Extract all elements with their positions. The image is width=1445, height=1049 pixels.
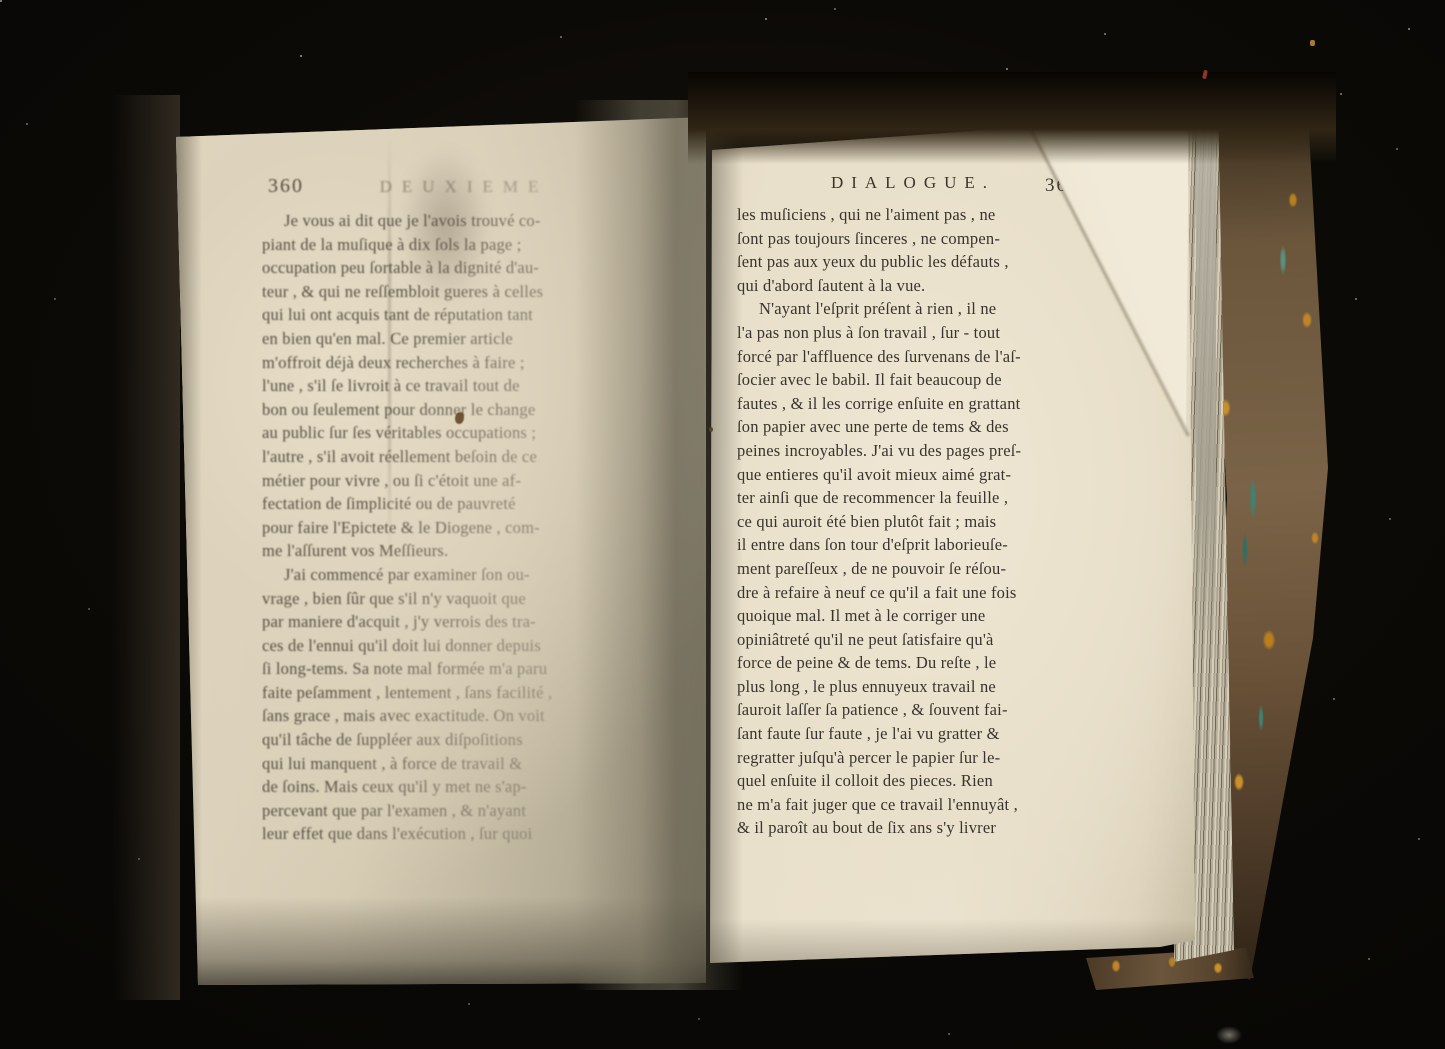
text-line: teur , & qui ne reſſembloit gueres à cel… — [262, 280, 666, 304]
text-line: ce qui auroit été bien plutôt fait ; mai… — [737, 510, 1085, 534]
text-line: N'ayant l'eſprit préſent à rien , il ne — [737, 297, 1085, 321]
text-column: Je vous ai dit que je l'avois trouvé co-… — [262, 209, 666, 846]
text-line: regratter juſqu'à percer le papier ſur l… — [737, 746, 1085, 770]
grey-smudge — [1216, 1026, 1242, 1044]
text-line: dre à refaire à neuf ce qu'il a fait une… — [737, 581, 1085, 605]
text-line: pour faire l'Epictete & le Diogene , com… — [262, 516, 666, 540]
marbled-cover-bottom-edge — [1086, 948, 1254, 990]
text-line: ſont pas toujours ſinceres , ne compen- — [737, 227, 1085, 251]
text-line: faite peſamment , lentement , ſans facil… — [262, 681, 666, 705]
amber-speck — [1310, 40, 1315, 46]
text-line: en bien qu'en mal. Ce premier article — [262, 327, 666, 351]
text-line: ſauroit laſſer ſa patience , & ſouvent f… — [737, 698, 1085, 722]
text-line: bon ou ſeulement pour donner le change — [262, 398, 666, 422]
text-line: me l'aſſurent vos Meſſieurs. — [262, 539, 666, 563]
running-title: DIALOGUE. — [813, 173, 1013, 193]
text-line: ſocier avec le babil. Il fait beaucoup d… — [737, 368, 1085, 392]
text-line: qu'il tâche de ſuppléer aux diſpoſitions — [262, 728, 666, 752]
text-line: les muſiciens , qui ne l'aiment pas , ne — [737, 203, 1085, 227]
red-paint-speck — [1202, 70, 1208, 80]
text-line: & il paroît au bout de ſix ans s'y livre… — [737, 816, 1085, 840]
text-line: forcé par l'affluence des ſurvenans de l… — [737, 345, 1085, 369]
running-title: DEUXIEME — [262, 177, 666, 197]
text-line: plus long , le plus ennuyeux travail ne — [737, 675, 1085, 699]
left-cover-shadow — [112, 95, 180, 1000]
text-line: métier pour vivre , ou ſi c'étoit une af… — [262, 469, 666, 493]
text-line: leur effet que dans l'exécution , ſur qu… — [262, 822, 666, 846]
text-line: percevant que par l'examen , & n'ayant — [262, 799, 666, 823]
text-line: ter ainſi que de recommencer la feuille … — [737, 486, 1085, 510]
text-line: fectation de ſimplicité ou de pauvreté — [262, 492, 666, 516]
photo-background: 360 DEUXIEME Je vous ai dit que je l'avo… — [0, 0, 1445, 1049]
page-bottom-shadow — [176, 897, 706, 987]
text-line: il entre dans ſon tour d'eſprit laborieu… — [737, 533, 1085, 557]
left-page-header: 360 DEUXIEME — [262, 175, 666, 205]
text-line: quoique mal. Il met à le corriger une — [737, 604, 1085, 628]
text-line: J'ai commencé par examiner ſon ou- — [262, 563, 666, 587]
left-page: 360 DEUXIEME Je vous ai dit que je l'avo… — [176, 117, 706, 987]
text-line: occupation peu ſortable à la dignité d'a… — [262, 256, 666, 280]
text-line: opiniâtreté qu'il ne peut ſatisfaire qu'… — [737, 628, 1085, 652]
text-line: ſent pas aux yeux du public les défauts … — [737, 250, 1085, 274]
text-line: qui lui ont acquis tant de réputation ta… — [262, 303, 666, 327]
text-line: ment pareſſeux , de ne pouvoir ſe réſou- — [737, 557, 1085, 581]
text-line: quel enſuite il colloit des pieces. Rien — [737, 769, 1085, 793]
text-line: de ſoins. Mais ceux qu'il y met ne s'ap- — [262, 775, 666, 799]
text-line: force de peine & de tems. Du reſte , le — [737, 651, 1085, 675]
text-line: peines incroyables. J'ai vu des pages pr… — [737, 439, 1085, 463]
text-line: vrage , bien ſûr que s'il n'y vaquoit qu… — [262, 587, 666, 611]
text-line: par maniere d'acquit , j'y verrois des t… — [262, 610, 666, 634]
text-line: ſant faute ſur faute , je l'ai vu gratte… — [737, 722, 1085, 746]
left-page-text: 360 DEUXIEME Je vous ai dit que je l'avo… — [262, 175, 666, 965]
right-page-header: DIALOGUE. 361 — [737, 173, 1085, 203]
page-stack-grey-strip — [1196, 105, 1216, 665]
text-line: m'offroit déjà deux recherches à faire ; — [262, 351, 666, 375]
text-line: qui d'abord ſautent à la vue. — [737, 274, 1085, 298]
text-line: ne m'a fait juger que ce travail l'ennuy… — [737, 793, 1085, 817]
ink-speck — [709, 427, 713, 432]
dust-specks — [0, 0, 2, 2]
right-page-text: DIALOGUE. 361 les muſiciens , qui ne l'a… — [737, 173, 1085, 203]
right-page: DIALOGUE. 361 les muſiciens , qui ne l'a… — [705, 95, 1197, 965]
text-line: l'a pas non plus à ſon travail , ſur - t… — [737, 321, 1085, 345]
text-line: qui lui manquent , à force de travail & — [262, 752, 666, 776]
text-line: l'autre , s'il avoit réellement beſoin d… — [262, 445, 666, 469]
text-line: l'une , s'il ſe livroit à ce travail tou… — [262, 374, 666, 398]
text-line: Je vous ai dit que je l'avois trouvé co- — [262, 209, 666, 233]
text-line: que entieres qu'il avoit mieux aimé grat… — [737, 463, 1085, 487]
text-line: ſi long-tems. Sa note mal formée m'a par… — [262, 657, 666, 681]
text-line: piant de la muſique à dix ſols la page ; — [262, 233, 666, 257]
text-line: ſans grace , mais avec exactitude. On vo… — [262, 704, 666, 728]
text-line: ces de l'ennui qu'il doit lui donner dep… — [262, 634, 666, 658]
text-line: ſon papier avec une perte de tems & des — [737, 415, 1085, 439]
text-line: fautes , & il les corrige enſuite en gra… — [737, 392, 1085, 416]
text-line: au public ſur ſes véritables occupations… — [262, 421, 666, 445]
text-column: les muſiciens , qui ne l'aiment pas , ne… — [737, 203, 1085, 840]
